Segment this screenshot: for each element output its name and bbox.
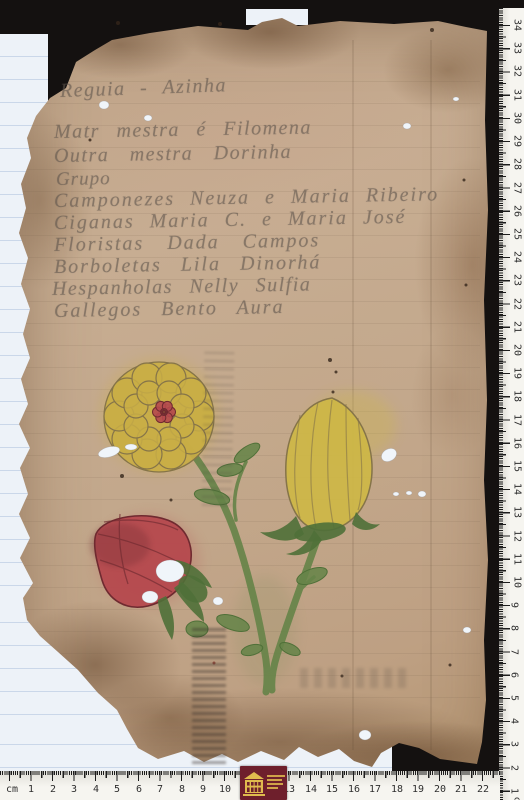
archive-stamp — [240, 766, 287, 800]
handwriting-line: Outra mestra Dorinha — [54, 141, 292, 168]
ruler-number: 1 — [28, 784, 34, 795]
ruler-number: 13 — [512, 506, 523, 518]
ruler-number: 4 — [509, 718, 520, 724]
ruler-number: 14 — [305, 784, 317, 795]
ruler-number: 4 — [93, 784, 99, 795]
ruler-number: 16 — [348, 784, 360, 795]
ruler-number: 11 — [512, 553, 523, 565]
ruler-number: 29 — [512, 135, 523, 147]
ruler-number: 16 — [512, 437, 523, 449]
ruler-number: 3 — [71, 784, 77, 795]
ruler-number: 2 — [50, 784, 56, 795]
ruler-number: 30 — [512, 112, 523, 124]
handwriting-line: Matr mestra é Filomena — [54, 116, 312, 143]
ruler-number: 9 — [200, 784, 206, 795]
ruler-unit-label: cm — [6, 784, 18, 795]
ruler-number: 31 — [512, 89, 523, 101]
ruler-number: 23 — [512, 274, 523, 286]
handwriting-line: Gallegos Bento Aura — [54, 296, 285, 323]
ruler-number: 8 — [179, 784, 185, 795]
ruler-number: 14 — [512, 483, 523, 495]
ruler-number: 25 — [512, 228, 523, 240]
ruler-number: 26 — [512, 205, 523, 217]
ruler-number: 6 — [509, 672, 520, 678]
ruler-number: 20 — [512, 344, 523, 356]
ruler-number: 5 — [114, 784, 120, 795]
ruler-number: 6 — [136, 784, 142, 795]
ruler-number: 19 — [412, 784, 424, 795]
ruler-number: 19 — [512, 367, 523, 379]
ruler-number: 34 — [512, 19, 523, 31]
ruler-number: 5 — [509, 695, 520, 701]
ruler-number: 9 — [509, 602, 520, 608]
ruler-number: 10 — [512, 576, 523, 588]
ruler-number: 28 — [512, 158, 523, 170]
scanned-document-photo: Reguia - AzinhaMatr mestra é FilomenaOut… — [0, 0, 524, 800]
ruler-number: 3 — [509, 741, 520, 747]
ruler-number: 10 — [219, 784, 231, 795]
ruler-number: 24 — [512, 251, 523, 263]
ruler-number: 15 — [326, 784, 338, 795]
ruler-number: 12 — [512, 530, 523, 542]
ruler-number: 21 — [455, 784, 467, 795]
ruler-number: 22 — [477, 784, 489, 795]
handwriting-block: Reguia - AzinhaMatr mestra é FilomenaOut… — [0, 0, 524, 800]
ruler-number: 8 — [509, 625, 520, 631]
stamp-text-lines — [267, 775, 285, 791]
archive-building-icon — [242, 770, 266, 798]
vertical-ruler: 3433323130292827262524232221201918171615… — [499, 8, 524, 800]
ruler-number: 17 — [512, 414, 523, 426]
ruler-number: 18 — [512, 390, 523, 402]
ruler-number: 7 — [157, 784, 163, 795]
ruler-number: 20 — [434, 784, 446, 795]
handwriting-line: Grupo — [56, 168, 111, 191]
ruler-number: 33 — [512, 42, 523, 54]
ruler-unit-label: cm — [511, 797, 521, 800]
ruler-number: 2 — [509, 765, 520, 771]
ruler-number: 7 — [509, 649, 520, 655]
ruler-number: 22 — [512, 298, 523, 310]
ruler-number: 27 — [512, 182, 523, 194]
handwriting-line: Reguia - Azinha — [60, 74, 228, 103]
ruler-number: 21 — [512, 321, 523, 333]
ruler-number: 32 — [512, 65, 523, 77]
ruler-number: 18 — [391, 784, 403, 795]
ruler-number: 17 — [369, 784, 381, 795]
ruler-number: 15 — [512, 460, 523, 472]
ruler-number: 1 — [509, 788, 520, 794]
